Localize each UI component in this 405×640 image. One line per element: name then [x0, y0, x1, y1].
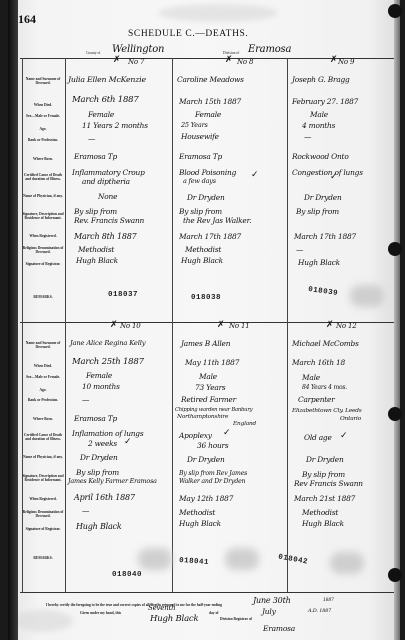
page-number: 164 — [18, 12, 36, 27]
label-cause: Certified Cause of Death and duration of… — [22, 173, 64, 181]
rank-profession: Carpenter — [298, 395, 335, 404]
label-religion: Religious Denomination of Deceased. — [22, 246, 64, 254]
deceased-name: Joseph G. Bragg — [292, 75, 350, 84]
month-value: July — [262, 607, 276, 616]
when-died: March 16th 18 — [292, 358, 345, 367]
informant-name: Walker and Dr Dryden — [179, 478, 245, 485]
sex: Female — [195, 110, 221, 119]
where-born-country: England — [233, 421, 256, 427]
rank-profession: — — [82, 395, 89, 404]
age: 4 months — [302, 121, 335, 130]
division-value-footer: Eramosa — [263, 624, 295, 633]
label-informant: Signature, Description and Residence of … — [22, 474, 64, 482]
where-born: Eramosa Tp — [74, 152, 117, 161]
registrar-signature: Hugh Black — [179, 519, 221, 528]
religion: Methodist — [78, 245, 114, 254]
label-sex: Sex—Male or Female. — [22, 375, 64, 379]
registration-number: 018040 — [112, 571, 142, 579]
when-died: March 15th 1887 — [179, 97, 241, 106]
county-value: Wellington — [112, 44, 164, 55]
registration-number: 018037 — [108, 291, 138, 299]
entry-number: No 9 — [338, 58, 354, 66]
check-mark-icon: ✓ — [330, 172, 338, 182]
label-registrar: Signature of Registrar. — [22, 527, 64, 531]
redaction-blur — [330, 552, 364, 574]
label-remarks: REMARKS. — [22, 295, 64, 299]
label-when-registered: When Registered. — [22, 234, 64, 238]
cause-of-death: Blood Poisoning — [179, 168, 236, 177]
check-mark-icon: ✓ — [124, 437, 132, 447]
redaction-blur — [225, 548, 259, 570]
day-of-text: day of — [209, 611, 219, 615]
half-year-year: 1887 — [323, 598, 334, 603]
deceased-name: Jane Alice Regina Kelly — [70, 339, 145, 347]
division-value: Eramosa — [248, 44, 291, 55]
check-mark-icon: ✓ — [223, 428, 231, 438]
label-registrar: Signature of Registrar. — [22, 262, 64, 266]
age: 11 Years 2 months — [82, 121, 148, 130]
label-physician: Name of Physician, if any. — [22, 194, 64, 198]
where-born-county: Northamptonshire — [177, 414, 228, 420]
informant: By slip from — [74, 207, 117, 216]
religion: — — [296, 245, 303, 254]
entry-number: No 8 — [237, 58, 253, 66]
schedule-title: SCHEDULE C.—DEATHS. — [128, 29, 248, 39]
rank-profession: — — [304, 132, 311, 141]
deceased-name: Michael McCombs — [292, 339, 359, 348]
informant: By slip from — [179, 207, 222, 216]
certification-text: I hereby certify the foregoing to be the… — [46, 603, 222, 607]
label-age: Age. — [22, 388, 64, 392]
registration-number: 018038 — [191, 294, 221, 302]
label-informant: Signature, Description and Residence of … — [22, 212, 64, 220]
check-mark-icon: ✓ — [340, 431, 348, 441]
ad-year: A.D. 1887 — [308, 608, 331, 614]
county-label: County of — [86, 51, 100, 55]
cause-duration: a few days — [183, 177, 216, 185]
cause-of-death: Apoplexy — [179, 431, 212, 440]
when-died: February 27. 1887 — [292, 97, 358, 106]
half-year-ending: June 30th — [253, 596, 291, 605]
where-born: Elizabethtown Cty. Leeds — [292, 408, 362, 414]
label-when-died: When Died. — [22, 364, 64, 368]
when-registered: May 12th 1887 — [179, 494, 233, 503]
cause-of-death: Old age — [304, 433, 332, 442]
register-page: 164 SCHEDULE C.—DEATHS. County of Wellin… — [8, 0, 400, 640]
entry-number: No 7 — [128, 58, 144, 66]
physician: Dr Dryden — [187, 455, 225, 464]
binding-hole — [388, 407, 402, 421]
rank-profession: — — [88, 134, 95, 143]
label-column-right-rule — [65, 58, 66, 592]
informant-name: Rev Francis Swann — [294, 479, 363, 488]
when-died: May 11th 1887 — [185, 358, 239, 367]
label-physician: Name of Physician, if any. — [22, 455, 64, 459]
cause-of-death: Congestion of lungs — [292, 168, 363, 177]
label-rank: Rank or Profession. — [22, 138, 64, 142]
column-divider-2 — [287, 58, 288, 592]
deceased-name: Caroline Meadows — [177, 75, 244, 84]
redaction-blur — [138, 548, 172, 570]
where-born-province: Ontario — [340, 416, 361, 422]
religion: Methodist — [302, 508, 338, 517]
physician: Dr Dryden — [187, 193, 225, 202]
physician: None — [98, 192, 117, 201]
registrar-signature: Hugh Black — [302, 519, 344, 528]
label-sex: Sex—Male or Female. — [22, 114, 64, 118]
binding-hole — [388, 4, 402, 18]
informant: By slip from — [76, 468, 119, 477]
where-born: Rockwood Onto — [292, 152, 349, 161]
given-under-hand-text: Given under my hand, this — [80, 611, 121, 615]
when-registered: April 16th 1887 — [74, 493, 135, 502]
registrar-signature-footer: Hugh Black — [150, 614, 198, 624]
cross-mark-icon: ✗ — [217, 320, 225, 330]
division-registrar-text: Division Registrar of — [220, 617, 252, 621]
binding-hole — [388, 568, 402, 582]
deceased-name: Julia Ellen McKenzie — [68, 75, 146, 84]
page-binding-edge — [8, 0, 18, 640]
registration-number: 018041 — [179, 557, 210, 567]
check-mark-icon: ✓ — [251, 170, 259, 180]
registrar-signature: Hugh Black — [76, 522, 121, 531]
age: 84 Years 4 mos. — [302, 384, 347, 391]
cause-of-death: Inflamation of lungs — [72, 429, 143, 438]
cross-mark-icon: ✗ — [110, 320, 118, 330]
informant: By slip from Rev James — [179, 470, 247, 477]
when-died: March 25th 1887 — [72, 357, 144, 367]
religion: Methodist — [185, 245, 221, 254]
entry-number: No 10 — [120, 322, 140, 330]
label-where-born: Where Born. — [22, 417, 64, 421]
label-remarks: REMARKS. — [22, 556, 64, 560]
label-name: Name and Surname of Deceased. — [22, 341, 64, 349]
registrar-signature: Hugh Black — [76, 256, 118, 265]
physician: Dr Dryden — [306, 455, 344, 464]
sex: Male — [199, 372, 217, 381]
label-age: Age. — [22, 127, 64, 131]
cause-duration: and diptheria — [82, 177, 130, 186]
sex: Female — [86, 371, 112, 380]
when-registered: March 17th 1887 — [294, 232, 356, 241]
binding-hole — [388, 242, 402, 256]
entry-number: No 12 — [336, 322, 356, 330]
day-value: Seventh — [148, 604, 175, 612]
cross-mark-icon: ✗ — [225, 55, 233, 65]
informant-name: Rev. Francis Swann — [74, 216, 144, 225]
cause-duration: 2 weeks — [88, 439, 117, 448]
where-born: Chipping warden near Banbury — [175, 407, 252, 413]
registration-number: 018042 — [278, 553, 309, 566]
label-where-born: Where Born. — [22, 157, 64, 161]
cause-duration: 36 hours — [197, 441, 228, 450]
informant-name: James Kelly Farmer Eramosa — [68, 477, 157, 485]
religion: — — [82, 506, 89, 515]
bottom-rule — [20, 592, 398, 593]
entry-number: No 11 — [229, 322, 249, 330]
age: 73 Years — [195, 383, 226, 392]
label-when-died: When Died. — [22, 103, 64, 107]
informant-name: the Rev Jas Walker. — [183, 216, 251, 225]
registrar-signature: Hugh Black — [298, 258, 340, 267]
cause-of-death: Inflammatory Croup — [72, 168, 145, 177]
registrar-signature: Hugh Black — [181, 256, 223, 265]
religion: Methodist — [179, 508, 215, 517]
cross-mark-icon: ✗ — [326, 320, 334, 330]
deceased-name: James B Allen — [181, 339, 230, 348]
label-religion: Religious Denomination of Deceased. — [22, 510, 64, 518]
cross-mark-icon: ✗ — [330, 55, 338, 65]
age: 25 Years — [181, 121, 208, 129]
when-died: March 6th 1887 — [72, 95, 139, 105]
rank-profession: Housewife — [181, 132, 219, 141]
label-when-registered: When Registered. — [22, 497, 64, 501]
cross-mark-icon: ✗ — [113, 55, 121, 65]
sex: Female — [88, 110, 114, 119]
when-registered: March 8th 1887 — [74, 232, 137, 241]
rank-profession: Retired Farmer — [181, 395, 236, 404]
age: 10 months — [82, 382, 120, 391]
label-cause: Certified Cause of Death and duration of… — [22, 433, 64, 441]
sex: Male — [302, 373, 320, 382]
informant: By slip from — [302, 470, 345, 479]
column-divider-1 — [172, 58, 173, 592]
label-name: Name and Surname of Deceased. — [22, 77, 64, 85]
where-born: Eramosa Tp — [74, 414, 117, 423]
sex: Male — [310, 110, 328, 119]
when-registered: March 17th 1887 — [179, 232, 241, 241]
informant: By slip from — [296, 207, 339, 216]
where-born: Eramosa Tp — [179, 152, 222, 161]
redaction-blur — [350, 285, 384, 307]
label-rank: Rank or Profession. — [22, 398, 64, 402]
page-right-edge — [394, 0, 400, 640]
registration-number: 018039 — [308, 286, 339, 298]
physician: Dr Dryden — [304, 193, 342, 202]
physician: Dr Dryden — [80, 453, 118, 462]
when-registered: March 21st 1887 — [294, 494, 355, 503]
